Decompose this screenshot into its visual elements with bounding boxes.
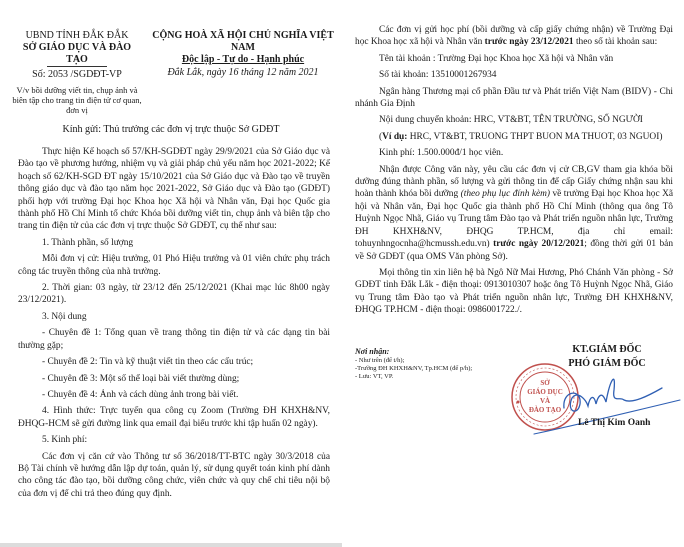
handwritten-signature-icon [532, 360, 682, 440]
section-5-body: Các đơn vị căn cứ vào Thông tư số 36/201… [18, 451, 330, 501]
page-bottom-edge [0, 543, 342, 547]
topic-3: - Chuyên đề 3: Một số thể loại bài viết … [18, 373, 330, 385]
national-title: CỘNG HOÀ XÃ HỘI CHỦ NGHĨA VIỆT NAM [148, 30, 338, 54]
document-body-continued: Các đơn vị gửi học phí (bồi dưỡng và cấp… [355, 24, 673, 321]
account-number: Số tài khoản: 13510001267934 [355, 69, 673, 81]
document-body: Thực hiện Kế hoạch số 57/KH-SGDĐT ngày 2… [18, 146, 330, 504]
section-4: 4. Hình thức: Trực tuyến qua công cụ Zoo… [18, 405, 330, 430]
recipient-item: -Trường ĐH KHXH&NV, Tp.HCM (để p/h); [355, 365, 515, 373]
request-deadline: trước ngày 20/12/2021 [493, 239, 584, 249]
intro-paragraph: Thực hiện Kế hoạch số 57/KH-SGDĐT ngày 2… [18, 146, 330, 233]
example-label: Ví dụ: [382, 132, 407, 142]
greeting: Kính gửi: Thủ trưởng các đơn vị trực thu… [0, 124, 342, 135]
topic-2: - Chuyên đề 2: Tin và kỹ thuật viết tin … [18, 356, 330, 368]
fee-intro-paragraph: Các đơn vị gửi học phí (bồi dưỡng và cấp… [355, 24, 673, 49]
example-text: HRC, VT&BT, TRUONG THPT BUON MA THUOT, 0… [407, 132, 662, 142]
topic-1: - Chuyên đề 1: Tổng quan về trang thông … [18, 327, 330, 352]
signer-name: Lê Thị Kim Oanh [578, 418, 650, 428]
place-date: Đắk Lắk, ngày 16 tháng 12 năm 2021 [148, 67, 338, 79]
issuing-agency-block: UBND TỈNH ĐẮK ĐẮK SỞ GIÁO DỤC VÀ ĐÀO TẠO… [12, 30, 142, 115]
parent-organization: UBND TỈNH ĐẮK ĐẮK [12, 30, 142, 42]
contact-paragraph: Mọi thông tin xin liên hệ bà Ngô Nữ Mai … [355, 267, 673, 317]
fee-amount: Kinh phí: 1.500.000đ/1 học viên. [355, 147, 673, 159]
section-2: 2. Thời gian: 03 ngày, từ 23/12 đến 25/1… [18, 282, 330, 307]
fee-intro-text-end: theo số tài khoản sau: [574, 37, 658, 47]
section-1-body: Mỗi đơn vị cử: Hiệu trưởng, 01 Phó Hiệu … [18, 253, 330, 278]
document-page-2: Các đơn vị gửi học phí (bồi dưỡng và cấp… [342, 0, 684, 547]
national-motto: Độc lập - Tự do - Hạnh phúc [148, 54, 338, 66]
document-page-1: UBND TỈNH ĐẮK ĐẮK SỞ GIÁO DỤC VÀ ĐÀO TẠO… [0, 0, 342, 547]
transfer-content: Nội dung chuyển khoản: HRC, VT&BT, TÊN T… [355, 114, 673, 126]
recipient-item: - Lưu: VT, VP. [355, 373, 515, 381]
account-name: Tên tài khoản : Trường Đại học Khoa học … [355, 53, 673, 65]
divider [47, 66, 107, 67]
section-5-title: 5. Kinh phí: [18, 434, 330, 446]
bank-name: Ngân hàng Thương mại cổ phần Đầu tư và P… [355, 86, 673, 111]
request-paragraph: Nhận được Công văn này, yêu cầu các đơn … [355, 164, 673, 263]
document-number: Số: 2053 /SGDĐT-VP [12, 69, 142, 81]
topic-4: - Chuyên đề 4: Ảnh và cách dùng ảnh tron… [18, 389, 330, 401]
national-header-block: CỘNG HOÀ XÃ HỘI CHỦ NGHĨA VIỆT NAM Độc l… [148, 30, 338, 79]
appendix-note: (theo phụ lục đính kèm) [461, 189, 550, 199]
section-3-title: 3. Nội dung [18, 311, 330, 323]
transfer-example: (Ví dụ: HRC, VT&BT, TRUONG THPT BUON MA … [355, 131, 673, 143]
section-1-title: 1. Thành phần, số lượng [18, 237, 330, 249]
signer-title-1: KT.GIÁM ĐỐC [532, 343, 682, 357]
document-subject: V/v bồi dưỡng viết tin, chụp ảnh và biên… [12, 85, 142, 115]
recipients-label: Nơi nhận: [355, 347, 515, 357]
fee-deadline: trước ngày 23/12/2021 [485, 37, 574, 47]
recipients-block: Nơi nhận: - Như trên (để t/h); -Trường Đ… [355, 347, 515, 381]
recipient-item: - Như trên (để t/h); [355, 357, 515, 365]
organization-name: SỞ GIÁO DỤC VÀ ĐÀO TẠO [12, 42, 142, 66]
